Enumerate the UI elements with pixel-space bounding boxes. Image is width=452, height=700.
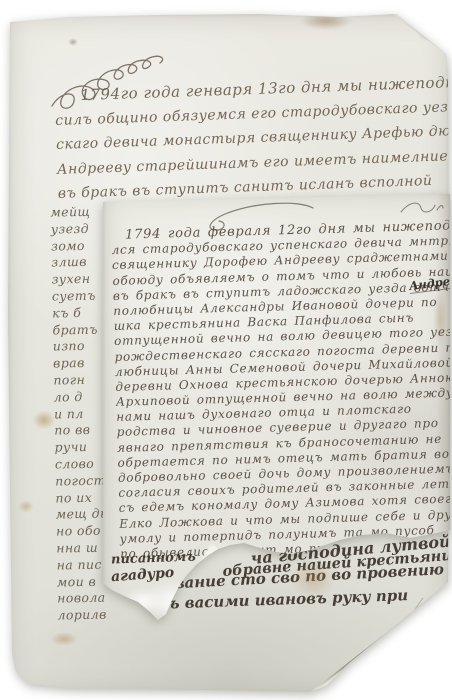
manuscript-line: Андрееву старейшинамъ его имеетъ наимелн…: [57, 143, 452, 181]
folded-corner-bottom-right: [308, 592, 449, 694]
wrinkle-line: [406, 641, 452, 668]
manuscript-line-fragment: врав: [53, 355, 113, 373]
manuscript-line-fragment: братъ: [52, 321, 112, 339]
manuscript-line-fragment: зомо: [51, 237, 111, 255]
manuscript-line: полюбницы Александры Ивановой дочери по: [113, 294, 451, 319]
torn-edge-fibers: [123, 588, 163, 614]
manuscript-line: съ едемъ кономалу дому Азимова хотя свое…: [119, 492, 452, 517]
manuscript-line-fragment: новола: [57, 590, 117, 608]
manuscript-line: обретается по нимъ отецъ мать братия во …: [117, 446, 452, 471]
manuscript-line-fragment: по их: [55, 489, 115, 507]
manuscript-line-fragment: суетъ: [52, 287, 112, 305]
manuscript-dark-line: обравне нашей крестьянинъ: [222, 546, 452, 580]
torn-edge-fibers: [195, 542, 267, 578]
manuscript-line: въ бракъ въ ступитъ ладожскаго уезда вот…: [113, 279, 451, 304]
manuscript-line: деревни Охнова крестьянскою дочерью Анно…: [115, 370, 452, 395]
manuscript-line-fragment: погост: [55, 472, 115, 490]
manuscript-line: умолу и потерпидъ полунимъ та мо пусоб: [119, 522, 452, 547]
manuscript-line: 1794го года генваря 13го дня мы нижеподп…: [54, 70, 452, 108]
corner-flourish: [399, 196, 445, 218]
name-annotation: Андрей: [408, 273, 452, 294]
fold-crease: [314, 579, 452, 690]
manuscript-dark-line: писанномъ: [111, 550, 196, 568]
manuscript-line: явнаго препятствия къ браносочетанию не: [117, 431, 452, 456]
manuscript-line: шка крестьянина Васка Панфилова сынъ: [114, 310, 452, 335]
foxing-stain: [32, 410, 56, 430]
paper-vignette: [103, 192, 450, 626]
paper-vignette: [8, 14, 449, 696]
manuscript-dark-line: ча господина лутвой: [250, 532, 451, 568]
stain: [416, 20, 442, 42]
foxing-stain: [18, 500, 34, 513]
manuscript-line: обоюду объявляемъ о томъ что и любовь на…: [112, 264, 450, 289]
manuscript-line-fragment: слово: [55, 455, 115, 473]
edge-shading: [436, 192, 450, 532]
ink-flourish: [191, 202, 321, 236]
manuscript-dark-line: мвание сто сво по во провению: [160, 560, 444, 593]
manuscript-dark-line: агадуро: [111, 565, 175, 585]
edge-stain: [433, 288, 447, 348]
signature-lines: писанномъагадуро: [103, 192, 450, 626]
manuscript-line: родства и чиновное суеверие и другаго пр…: [117, 416, 452, 441]
left-line-fragments: мейщузездзомозлшвзухенсуетъкъ ббратъизпо…: [50, 204, 117, 625]
manuscript-line-fragment: на пис: [56, 556, 116, 574]
manuscript-line-fragment: нна ш: [56, 539, 116, 557]
manuscript-line: нами нашъ духовнаго отца и плотскаго: [116, 401, 452, 426]
stain: [300, 12, 352, 30]
manuscript-line: согласия своихъ родителей въ законные ле…: [118, 477, 452, 502]
manuscript-line-fragment: къ б: [52, 304, 112, 322]
foxing-stain: [50, 632, 78, 646]
manuscript-line-fragment: и пл: [54, 405, 114, 423]
manuscript-line-fragment: злшв: [51, 254, 111, 272]
manuscript-line-fragment: по вв: [54, 422, 114, 440]
manuscript-line-fragment: мои в: [57, 573, 117, 591]
manuscript-line-fragment: погн: [53, 371, 113, 389]
manuscript-line: скаго девича монастыря священнику Арефью…: [56, 119, 452, 157]
manuscript-line: рождественскаго сясскаго погоста деревни…: [114, 340, 452, 365]
foxing-stain: [68, 38, 78, 46]
top-sheet-shadow: 1794 года февраля 12го дня мы нижеподпис…: [0, 0, 452, 700]
manuscript-line-fragment: но обо: [56, 523, 116, 541]
top-sheet: 1794 года февраля 12го дня мы нижеподпис…: [103, 192, 450, 626]
manuscript-line-fragment: ручи: [54, 439, 114, 457]
torn-flap: [161, 540, 259, 624]
heading-lines: 1794го года генваря 13го дня мы нижеподп…: [54, 70, 452, 206]
manuscript-line: 1794 года февраля 12го дня мы нижеподпис…: [111, 219, 449, 244]
manuscript-line: отпущенной вечно на волю девицею того уе…: [114, 325, 452, 350]
manuscript-line: силъ общино обязуемся его стародубовскаг…: [55, 95, 452, 133]
manuscript-line-fragment: ло д: [54, 388, 114, 406]
foxing-stain: [290, 559, 336, 599]
manuscript-line-fragment: мещ ды: [56, 506, 116, 524]
manuscript-line-fragment: мейщ: [50, 204, 110, 222]
ink-flourish: [48, 36, 228, 114]
bottom-sheet: 1794го года генваря 13го дня мы нижеподп…: [8, 14, 449, 696]
manuscript-line: священнику Дорофею Андрееву сраджетнами …: [112, 249, 450, 274]
manuscript-line: любницы Анны Семеновой дочери Михайловой: [115, 355, 452, 380]
manuscript-line: Елко Ложкова и что мы подпише себе и дру…: [119, 507, 452, 532]
folded-corner-top-right: [392, 14, 448, 62]
manuscript-line: добровольно своей дочь дому произволение…: [118, 461, 452, 486]
manuscript-photo: 1794го года генваря 13го дня мы нижеподп…: [0, 0, 452, 700]
manuscript-line: по обывелис аполнит мо пучовъ: [120, 537, 452, 562]
body-lines: 1794 года февраля 12го дня мы нижеподпис…: [111, 219, 452, 562]
manuscript-line-fragment: изпо: [53, 338, 113, 356]
manuscript-line: лся стародубовскаго успенскаго девича мн…: [111, 234, 449, 259]
bottom-sheet-shadow: 1794го года генваря 13го дня мы нижеподп…: [0, 0, 452, 700]
wrinkle-line: [383, 598, 424, 656]
manuscript-line: въ бракъ въ ступитъ санитъ исланъ всполн…: [57, 168, 452, 206]
manuscript-line-fragment: зухен: [52, 271, 112, 289]
manuscript-line-fragment: узезд: [51, 220, 111, 238]
manuscript-line-fragment: лорилв: [57, 607, 117, 625]
torn-edge-fibers: [141, 580, 211, 624]
revealed-signature-lines: ча господина лутвойобравне нашей крестья…: [8, 14, 449, 696]
manuscript-line: Архиповой отпущенной вечно на волю между…: [116, 386, 452, 411]
manuscript-dark-line: мъ васими ивановъ руку при: [154, 586, 408, 613]
